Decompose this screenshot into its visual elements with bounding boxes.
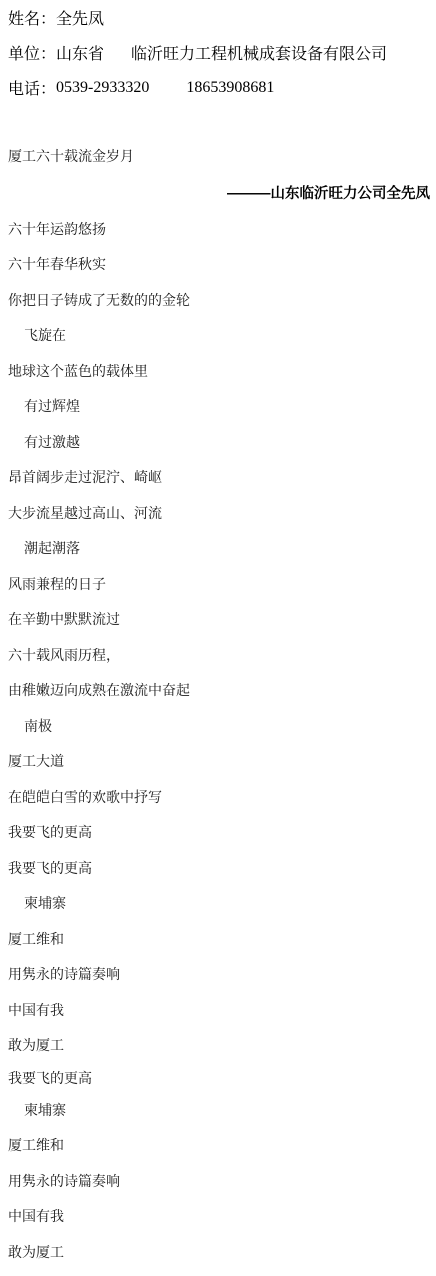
phone-row: 电话：0539-293332018653908681 xyxy=(8,70,430,105)
phone-label: 电话： xyxy=(8,76,56,99)
poem-line: 飞旋在 xyxy=(8,318,430,354)
poem-body: 六十年运韵悠扬六十年春华秋实你把日子铸成了无数的的金轮飞旋在地球这个蓝色的载体里… xyxy=(8,211,430,1270)
poem-line: 中国有我 xyxy=(8,1199,430,1235)
poem-line: 中国有我 xyxy=(8,992,430,1028)
poem-line: 厦工维和 xyxy=(8,921,430,957)
poem-line: 在辛勤中默默流过 xyxy=(8,602,430,638)
poem-title: 厦工六十载流金岁月 xyxy=(8,137,430,174)
poem-line: 六十载风雨历程， xyxy=(8,637,430,673)
poem-line: 六十年运韵悠扬 xyxy=(8,211,430,247)
poem-byline: ———山东临沂旺力公司全先凤 xyxy=(8,174,430,211)
poem-line: 用隽永的诗篇奏响 xyxy=(8,1163,430,1199)
poem-line: 柬埔寨 xyxy=(8,886,430,922)
poem-line: 在皑皑白雪的欢歌中抒写 xyxy=(8,779,430,815)
unit-row: 单位：山东省临沂旺力工程机械成套设备有限公司 xyxy=(8,35,430,70)
poem-line: 六十年春华秋实 xyxy=(8,247,430,283)
poem-line: 我要飞的更高 xyxy=(8,1063,430,1092)
header-poem-spacer xyxy=(8,105,430,137)
poem-line: 大步流星越过高山、河流 xyxy=(8,495,430,531)
poem-line: 敢为厦工 xyxy=(8,1234,430,1270)
poem-line: 有过激越 xyxy=(8,424,430,460)
unit-province: 山东省 xyxy=(56,41,104,64)
name-row: 姓名：全先凤 xyxy=(8,0,430,35)
poem-line: 你把日子铸成了无数的的金轮 xyxy=(8,282,430,318)
name-value: 全先凤 xyxy=(56,6,104,29)
document-page: 姓名：全先凤 单位：山东省临沂旺力工程机械成套设备有限公司 电话：0539-29… xyxy=(0,0,436,1276)
poem-line: 我要飞的更高 xyxy=(8,815,430,851)
poem-line: 南极 xyxy=(8,708,430,744)
poem: 厦工六十载流金岁月 ———山东临沂旺力公司全先凤 六十年运韵悠扬六十年春华秋实你… xyxy=(8,137,430,1270)
poem-line: 由稚嫩迈向成熟在激流中奋起 xyxy=(8,673,430,709)
poem-line: 昂首阔步走过泥泞、崎岖 xyxy=(8,460,430,496)
poem-line: 厦工大道 xyxy=(8,744,430,780)
name-label: 姓名： xyxy=(8,6,56,29)
unit-label: 单位： xyxy=(8,41,56,64)
poem-line: 用隽永的诗篇奏响 xyxy=(8,957,430,993)
poem-line: 我要飞的更高 xyxy=(8,850,430,886)
phone-number-secondary: 18653908681 xyxy=(186,79,274,97)
poem-line: 有过辉煌 xyxy=(8,389,430,425)
phone-number-primary: 0539-2933320 xyxy=(56,79,149,97)
poem-line: 地球这个蓝色的载体里 xyxy=(8,353,430,389)
poem-line: 潮起潮落 xyxy=(8,531,430,567)
unit-company: 临沂旺力工程机械成套设备有限公司 xyxy=(131,41,387,64)
poem-line: 风雨兼程的日子 xyxy=(8,566,430,602)
contact-header: 姓名：全先凤 单位：山东省临沂旺力工程机械成套设备有限公司 电话：0539-29… xyxy=(8,0,430,105)
poem-line: 柬埔寨 xyxy=(8,1092,430,1128)
poem-line: 敢为厦工 xyxy=(8,1028,430,1064)
poem-line: 厦工维和 xyxy=(8,1128,430,1164)
